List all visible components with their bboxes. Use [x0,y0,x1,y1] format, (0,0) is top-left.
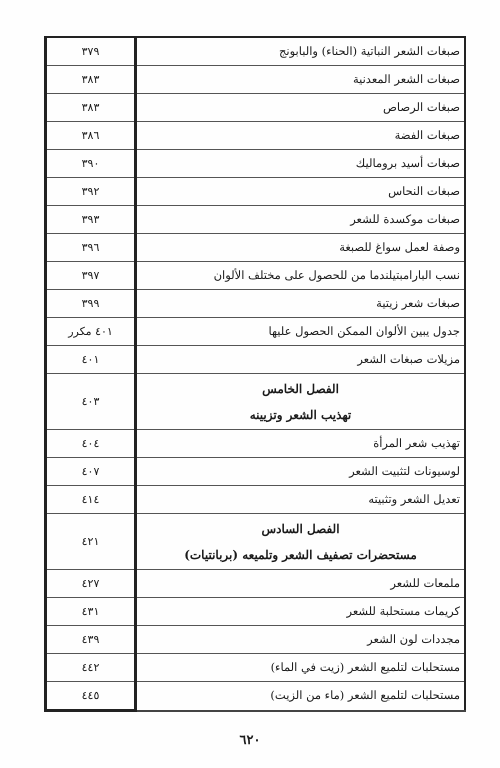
toc-row: تهذيب شعر المرأة ٤٠٤ [46,430,466,458]
toc-row: مستحلبات لتلميع الشعر (ماء من الزيت) ٤٤٥ [46,682,466,711]
toc-entry-title: وصفة لعمل سواغ للصبغة [136,234,466,262]
table-of-contents: صبغات الشعر النباتية (الحناء) والبابونج … [44,36,466,712]
toc-entry-page: ٤١٤ [46,486,136,514]
toc-entry-page: ٤٠٣ [46,374,136,430]
toc-entry-title: صبغات الرصاص [136,94,466,122]
toc-row: تعديل الشعر وتثبيته ٤١٤ [46,486,466,514]
toc-row: صبغات أسيد بروماليك ٣٩٠ [46,150,466,178]
toc-entry-title: مستحلبات لتلميع الشعر (زيت في الماء) [136,654,466,682]
toc-entry-page: ٣٩٠ [46,150,136,178]
toc-entry-page: ٤٢١ [46,514,136,570]
toc-row: ملمعات للشعر ٤٢٧ [46,570,466,598]
toc-chapter-row: الفصل الخامس تهذيب الشعر وتزيينه ٤٠٣ [46,374,466,430]
toc-entry-title: صبغات الشعر المعدنية [136,66,466,94]
toc-entry-title: صبغات أسيد بروماليك [136,150,466,178]
toc-row: مزيلات صبغات الشعر ٤٠١ [46,346,466,374]
toc-row: جدول يبين الألوان الممكن الحصول عليها ٤٠… [46,318,466,346]
toc-entry-page: ٤٣٩ [46,626,136,654]
toc-row: صبغات الشعر المعدنية ٣٨٣ [46,66,466,94]
toc-entry-page: ٣٧٩ [46,37,136,66]
toc-entry-page: ٣٩٩ [46,290,136,318]
chapter-number: الفصل الخامس [137,376,464,402]
chapter-title: مستحضرات تصفيف الشعر وتلميعه (بربانتيات) [137,542,464,568]
toc-entry-title: صبغات الفضة [136,122,466,150]
toc-entry-page: ٣٨٣ [46,66,136,94]
chapter-heading-cell: الفصل الخامس تهذيب الشعر وتزيينه [136,374,466,430]
toc-row: صبغات النحاس ٣٩٢ [46,178,466,206]
toc-row: مجددات لون الشعر ٤٣٩ [46,626,466,654]
toc-entry-page: ٤٤٢ [46,654,136,682]
toc-entry-title: نسب البارامبتيلندما من للحصول على مختلف … [136,262,466,290]
toc-entry-page: ٤٣١ [46,598,136,626]
book-page: صبغات الشعر النباتية (الحناء) والبابونج … [0,0,500,768]
toc-entry-page: ٣٩٧ [46,262,136,290]
toc-chapter-row: الفصل السادس مستحضرات تصفيف الشعر وتلميع… [46,514,466,570]
toc-row: مستحلبات لتلميع الشعر (زيت في الماء) ٤٤٢ [46,654,466,682]
toc-entry-title: صبغات موكسدة للشعر [136,206,466,234]
toc-row: صبغات الرصاص ٣٨٣ [46,94,466,122]
toc-entry-page: ٤٠٤ [46,430,136,458]
toc-entry-page: ٤٠١ مكرر [46,318,136,346]
toc-entry-page: ٣٩٦ [46,234,136,262]
toc-entry-page: ٣٩٢ [46,178,136,206]
toc-entry-page: ٣٨٣ [46,94,136,122]
toc-entry-page: ٣٩٣ [46,206,136,234]
toc-entry-title: صبغات النحاس [136,178,466,206]
toc-entry-title: صبغات شعر زيتية [136,290,466,318]
toc-row: نسب البارامبتيلندما من للحصول على مختلف … [46,262,466,290]
toc-entry-title: مجددات لون الشعر [136,626,466,654]
toc-entry-title: مزيلات صبغات الشعر [136,346,466,374]
toc-entry-page: ٣٨٦ [46,122,136,150]
toc-entry-title: تعديل الشعر وتثبيته [136,486,466,514]
toc-entry-page: ٤٢٧ [46,570,136,598]
toc-row: صبغات شعر زيتية ٣٩٩ [46,290,466,318]
toc-entry-page: ٤٤٥ [46,682,136,711]
chapter-number: الفصل السادس [137,516,464,542]
toc-entry-title: صبغات الشعر النباتية (الحناء) والبابونج [136,37,466,66]
page-number: ٦٢٠ [0,733,500,748]
toc-entry-title: لوسيونات لتثبيت الشعر [136,458,466,486]
toc-row: صبغات الشعر النباتية (الحناء) والبابونج … [46,37,466,66]
toc-entry-title: مستحلبات لتلميع الشعر (ماء من الزيت) [136,682,466,711]
chapter-heading-cell: الفصل السادس مستحضرات تصفيف الشعر وتلميع… [136,514,466,570]
toc-row: صبغات موكسدة للشعر ٣٩٣ [46,206,466,234]
toc-entry-page: ٤٠٧ [46,458,136,486]
toc-entry-title: كريمات مستحلبة للشعر [136,598,466,626]
toc-row: كريمات مستحلبة للشعر ٤٣١ [46,598,466,626]
toc-row: وصفة لعمل سواغ للصبغة ٣٩٦ [46,234,466,262]
toc-entry-title: تهذيب شعر المرأة [136,430,466,458]
toc-row: صبغات الفضة ٣٨٦ [46,122,466,150]
toc-entry-title: جدول يبين الألوان الممكن الحصول عليها [136,318,466,346]
toc-entry-title: ملمعات للشعر [136,570,466,598]
toc-row: لوسيونات لتثبيت الشعر ٤٠٧ [46,458,466,486]
toc-entry-page: ٤٠١ [46,346,136,374]
chapter-title: تهذيب الشعر وتزيينه [137,402,464,428]
